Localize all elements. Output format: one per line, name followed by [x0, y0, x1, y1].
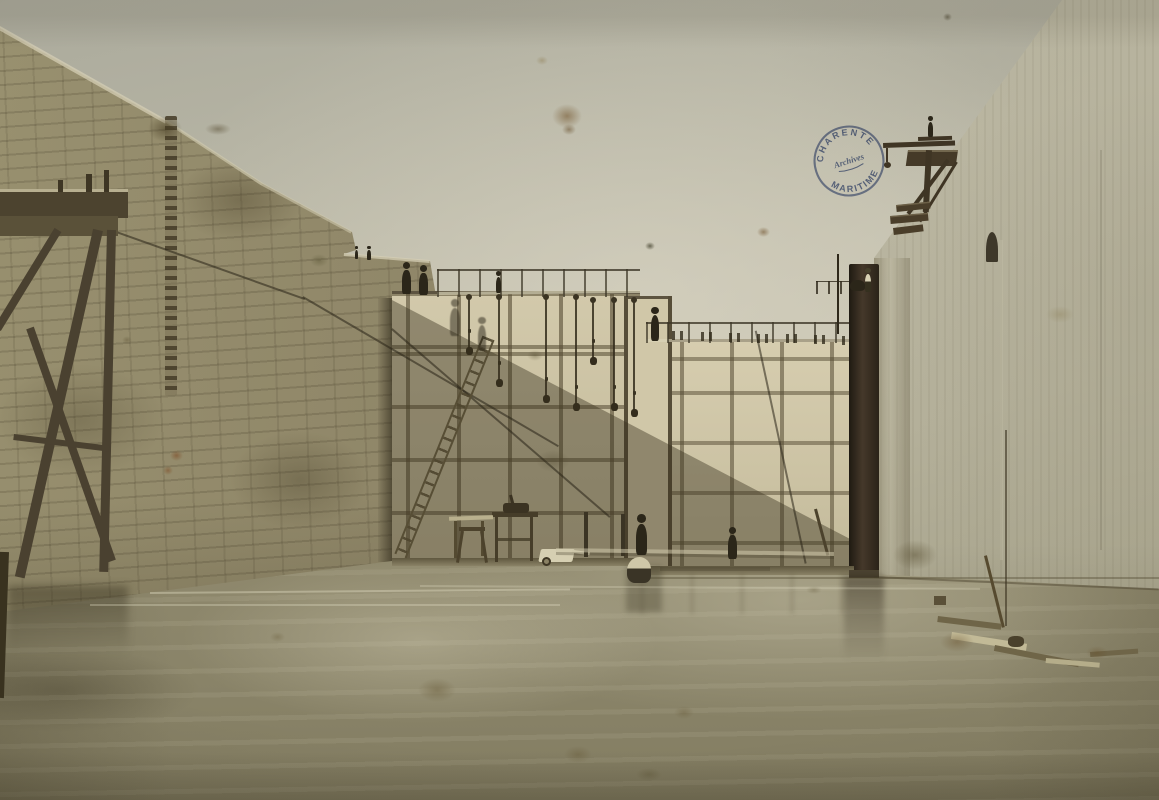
gate-fitting — [680, 331, 683, 340]
chain-hoist — [592, 299, 594, 362]
gate-fitting — [786, 334, 789, 343]
worker-figure — [926, 116, 935, 137]
figure-body — [419, 273, 427, 295]
wheelbarrow-wheel — [542, 557, 551, 566]
worker-figure — [494, 271, 503, 293]
figure-body — [450, 308, 460, 336]
workbench-brace — [495, 538, 533, 541]
trestle-platform — [0, 192, 128, 218]
stamp-text-middle: Archives — [832, 151, 866, 171]
figure-head — [928, 116, 933, 121]
figure-body — [402, 270, 410, 294]
debris-block — [934, 596, 946, 605]
worker-figure — [447, 299, 463, 336]
figure-body — [627, 557, 651, 583]
gate-fitting — [729, 333, 732, 342]
trestle-post — [104, 170, 109, 192]
gate-railing — [437, 269, 640, 297]
figure-head — [637, 514, 646, 523]
figure-head — [355, 246, 358, 249]
gate-fitting — [822, 335, 825, 344]
figure-head — [420, 265, 427, 272]
figure-body — [478, 325, 487, 351]
trestle-post — [58, 180, 63, 192]
worker-figure — [726, 527, 739, 559]
figure-body — [367, 250, 371, 260]
archival-photo-canvas: CHARENTE MARITIME Archives — [0, 0, 1159, 800]
gate-fitting — [794, 334, 797, 343]
gate-fitting — [672, 331, 675, 340]
gate-fitting — [737, 333, 740, 342]
wall-ladder-recess — [165, 116, 177, 396]
figure-head — [865, 268, 871, 273]
hanging-rope — [1005, 430, 1007, 626]
worker-figure — [400, 262, 413, 294]
debris-block — [1008, 636, 1024, 647]
figure-body — [728, 535, 736, 559]
figure-body — [850, 280, 865, 291]
stanchion-pole — [837, 254, 839, 334]
figure-body — [651, 315, 660, 341]
gate-fitting — [701, 332, 704, 341]
wall-niche — [986, 232, 998, 262]
gate-fitting — [842, 336, 845, 345]
figure-head — [496, 271, 501, 276]
chain-hoist — [613, 299, 615, 408]
chain-hoist — [633, 299, 635, 414]
gate-fitting — [814, 335, 817, 344]
bench-machine — [503, 503, 529, 513]
gate-sill — [392, 558, 640, 566]
floor-timber — [660, 567, 770, 571]
figure-head — [651, 307, 659, 314]
figure-head — [451, 299, 460, 307]
gate-fitting — [765, 334, 768, 343]
figure-body — [865, 274, 871, 292]
figure-head — [729, 527, 736, 534]
worker-figure — [648, 307, 662, 341]
worker-figure — [475, 317, 489, 351]
figure-body — [928, 122, 934, 137]
figure-body — [496, 277, 502, 293]
figure-head — [478, 317, 486, 324]
trestle-post — [86, 174, 92, 192]
gate-railing — [816, 281, 852, 294]
gate-fitting — [709, 332, 712, 341]
worker-figure — [633, 514, 650, 555]
water-reflection — [8, 586, 128, 656]
worker-figure — [366, 246, 372, 260]
worker-figure — [850, 279, 865, 291]
figure-body — [636, 524, 647, 555]
figure-head — [403, 262, 410, 269]
wall-streak — [1000, 240, 1003, 560]
figure-head — [367, 246, 370, 249]
wall-streak — [1100, 150, 1102, 550]
worker-figure — [417, 265, 430, 295]
water-edge-line — [90, 604, 560, 606]
worker-figure — [354, 246, 359, 259]
figure-body — [355, 250, 358, 259]
gate-heel-post — [849, 264, 879, 572]
chain-hoist — [575, 296, 577, 408]
water-edge-line — [640, 577, 1159, 579]
water-reflection — [640, 574, 852, 614]
worker-figure — [627, 556, 651, 583]
